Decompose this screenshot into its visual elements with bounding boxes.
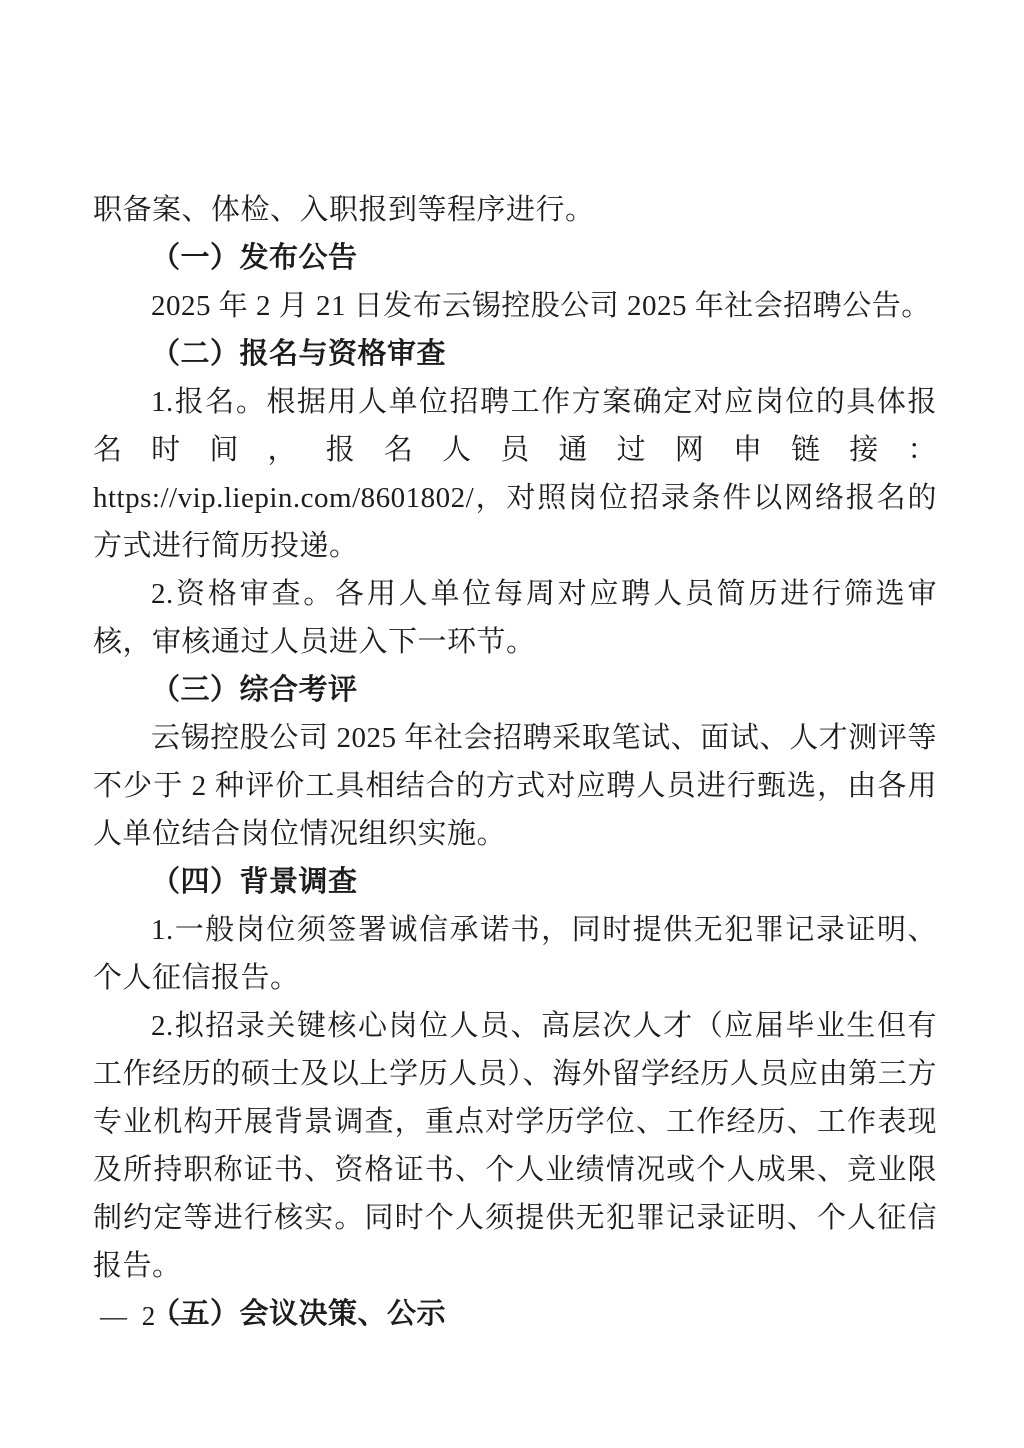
body-paragraph: 2.资格审查。各用人单位每周对应聘人员简历进行筛选审核，审核通过人员进入下一环节…	[93, 570, 937, 666]
document-body: 职备案、体检、入职报到等程序进行。（一）发布公告2025 年 2 月 21 日发…	[93, 186, 937, 1338]
body-paragraph: 1.一般岗位须签署诚信承诺书，同时提供无犯罪记录证明、个人征信报告。	[93, 906, 937, 1002]
section-heading: （二）报名与资格审查	[93, 330, 937, 378]
section-heading: （四）背景调查	[93, 858, 937, 906]
document-page: 职备案、体检、入职报到等程序进行。（一）发布公告2025 年 2 月 21 日发…	[0, 0, 1024, 1448]
page-number: — 2 —	[100, 1292, 201, 1340]
body-paragraph: 2025 年 2 月 21 日发布云锡控股公司 2025 年社会招聘公告。	[93, 282, 937, 330]
section-heading: （一）发布公告	[93, 234, 937, 282]
section-heading: （三）综合考评	[93, 666, 937, 714]
body-paragraph: 2.拟招录关键核心岗位人员、高层次人才（应届毕业生但有工作经历的硕士及以上学历人…	[93, 1002, 937, 1290]
body-paragraph: 云锡控股公司 2025 年社会招聘采取笔试、面试、人才测评等不少于 2 种评价工…	[93, 714, 937, 858]
section-heading: （五）会议决策、公示	[93, 1290, 937, 1338]
body-paragraph: 职备案、体检、入职报到等程序进行。	[93, 186, 937, 234]
body-paragraph: 1.报名。根据用人单位招聘工作方案确定对应岗位的具体报名时间，报名人员通过网申链…	[93, 378, 937, 570]
